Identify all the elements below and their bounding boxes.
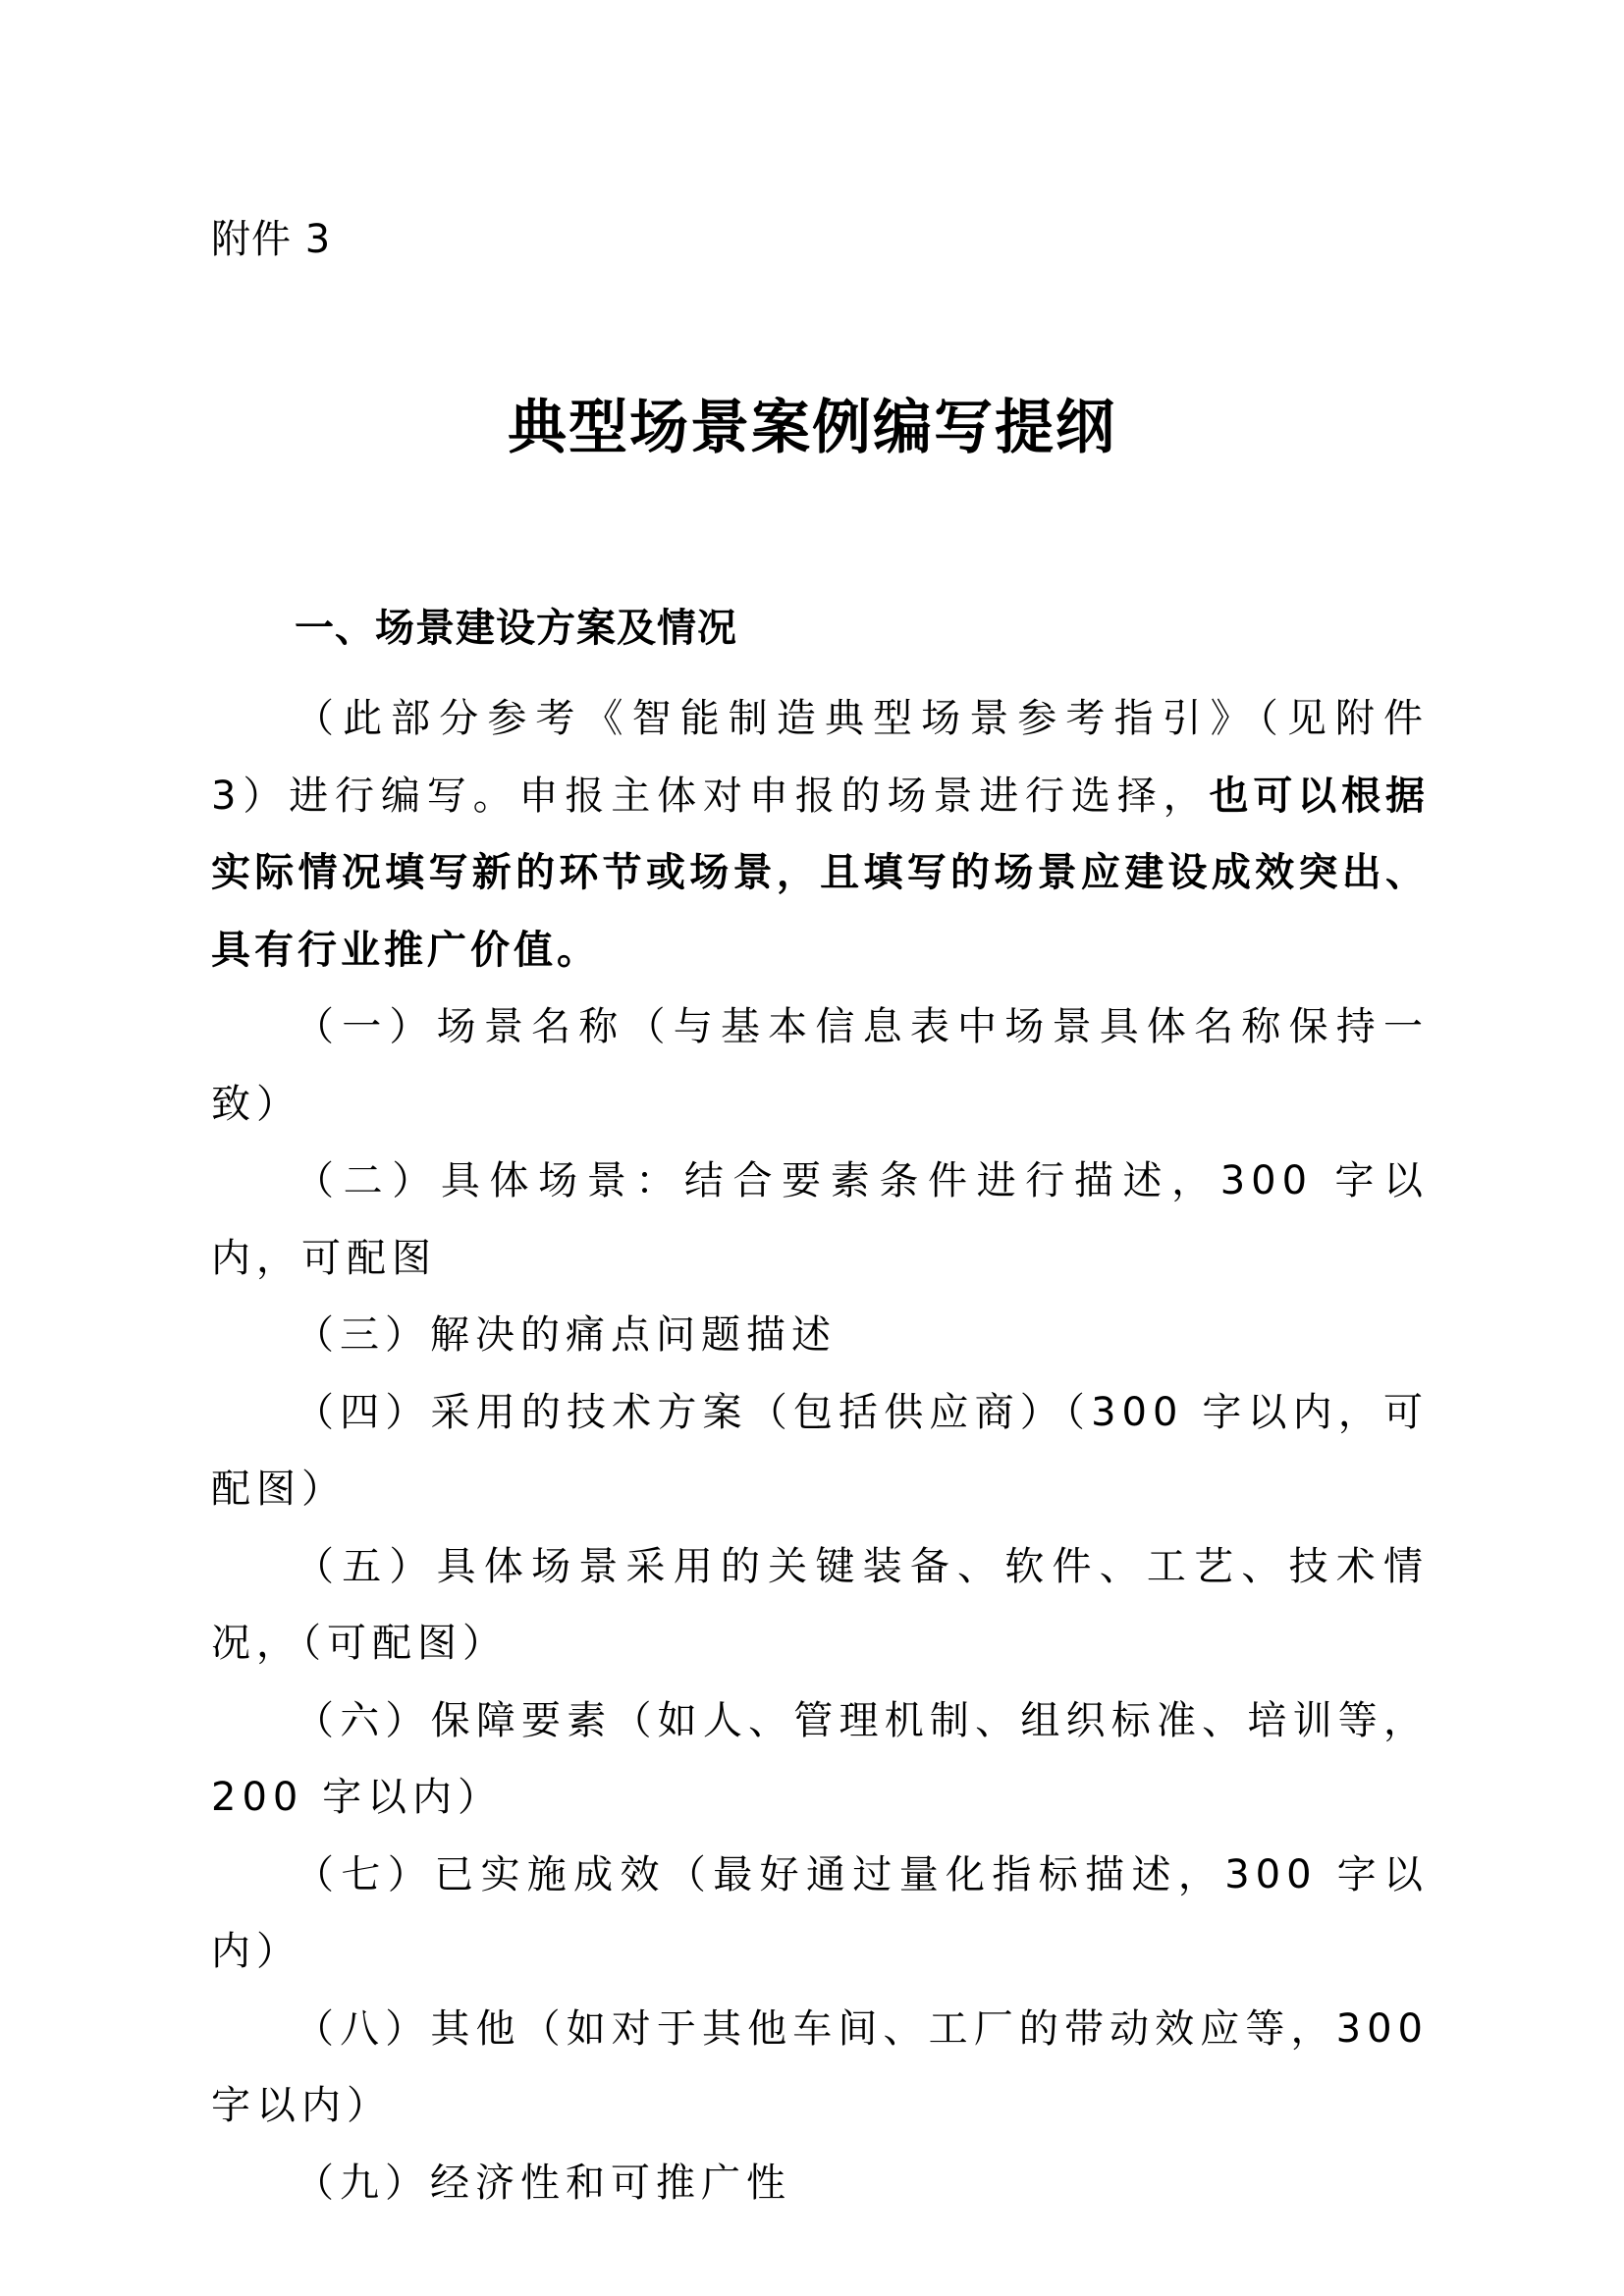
outline-item-6: （六）保障要素（如人、管理机制、组织标准、培训等，200 字以内） [211, 1682, 1429, 1837]
document-page: 附件 3 典型场景案例编写提纲 一、场景建设方案及情况 （此部分参考《智能制造典… [0, 0, 1624, 2296]
outline-item-1: （一）场景名称（与基本信息表中场景具体名称保持一致） [211, 988, 1429, 1143]
intro-paragraph: （此部分参考《智能制造典型场景参考指引》（见附件 3）进行编写。申报主体对申报的… [211, 680, 1429, 988]
outline-item-5: （五）具体场景采用的关键装备、软件、工艺、技术情况，（可配图） [211, 1528, 1429, 1682]
section-heading: 一、场景建设方案及情况 [295, 601, 737, 656]
outline-item-8: （八）其他（如对于其他车间、工厂的带动效应等，300 字以内） [211, 1991, 1429, 2145]
outline-item-4: （四）采用的技术方案（包括供应商）（300 字以内，可配图） [211, 1374, 1429, 1528]
outline-item-3: （三）解决的痛点问题描述 [211, 1297, 1429, 1374]
outline-item-2: （二）具体场景：结合要素条件进行描述，300 字以内，可配图 [211, 1143, 1429, 1297]
outline-item-9: （九）经济性和可推广性 [211, 2145, 1429, 2222]
document-title: 典型场景案例编写提纲 [0, 393, 1624, 463]
document-body: （此部分参考《智能制造典型场景参考指引》（见附件 3）进行编写。申报主体对申报的… [211, 680, 1429, 2221]
outline-item-7: （七）已实施成效（最好通过量化指标描述，300 字以内） [211, 1837, 1429, 1991]
attachment-label: 附件 3 [211, 214, 331, 265]
